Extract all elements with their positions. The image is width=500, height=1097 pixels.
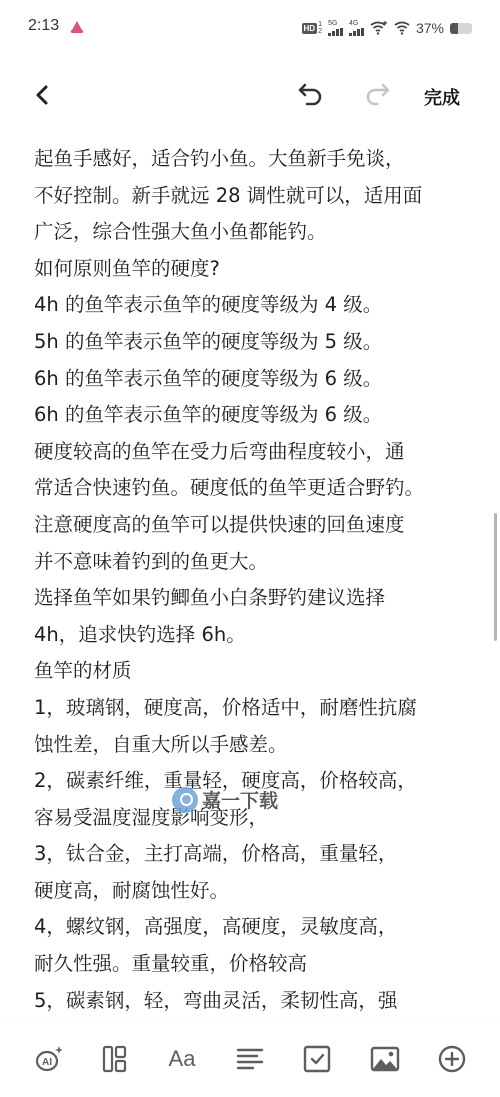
text-format-button[interactable]: Aa <box>165 1042 199 1076</box>
text-line: 如何原则鱼竿的硬度? <box>34 251 474 288</box>
add-button[interactable] <box>435 1042 469 1076</box>
status-time: 2:13 <box>28 17 59 35</box>
status-bar: 2:13 HD 12 5G 4G 37% <box>0 0 500 56</box>
redo-button[interactable] <box>362 80 392 110</box>
text-line: 硬度高，耐腐蚀性好。 <box>34 873 474 910</box>
wifi-calling-icon <box>370 21 388 35</box>
align-left-icon <box>235 1044 265 1074</box>
text-line: 常适合快速钓鱼。硬度低的鱼竿更适合野钓。 <box>34 470 474 507</box>
text-line: 4h，追求快钓选择 6h。 <box>34 617 474 654</box>
signal-5g-icon: 5G <box>328 20 343 36</box>
text-line: 6h 的鱼竿表示鱼竿的硬度等级为 6 级。 <box>34 361 474 398</box>
battery-percent: 37% <box>416 20 444 36</box>
ai-sparkle-icon: AI <box>34 1044 64 1074</box>
align-button[interactable] <box>233 1042 267 1076</box>
note-editor-body[interactable]: 起鱼手感好，适合钓小鱼。大鱼新手免谈， 不好控制。新手就远 28 调性就可以，适… <box>34 141 474 1022</box>
text-line: 4h 的鱼竿表示鱼竿的硬度等级为 4 级。 <box>34 287 474 324</box>
text-line: 1，玻璃钢，硬度高，价格适中，耐磨性抗腐 <box>34 690 474 727</box>
image-icon <box>370 1044 400 1074</box>
undo-button[interactable] <box>296 80 326 110</box>
text-line: 起鱼手感好，适合钓小鱼。大鱼新手免谈， <box>34 141 474 178</box>
checkbox-icon <box>302 1044 332 1074</box>
text-line: 3，钛合金，主打高端，价格高，重量轻， <box>34 836 474 873</box>
text-line: 5，碳素钢，轻，弯曲灵活，柔韧性高，强 <box>34 983 474 1020</box>
insert-image-button[interactable] <box>368 1042 402 1076</box>
back-button[interactable] <box>30 82 56 108</box>
text-format-icon: Aa <box>169 1046 196 1072</box>
text-line: 容易受温度湿度影响变形， <box>34 800 474 837</box>
plus-circle-icon <box>437 1044 467 1074</box>
text-line: 广泛，综合性强大鱼小鱼都能钓。 <box>34 214 474 251</box>
text-line: 5h 的鱼竿表示鱼竿的硬度等级为 5 级。 <box>34 324 474 361</box>
app-notification-icon <box>70 21 84 33</box>
text-line: 耐久性强。重量较重，价格较高 <box>34 946 474 983</box>
done-button[interactable]: 完成 <box>424 84 460 110</box>
text-line: 蚀性差，自重大所以手感差。 <box>34 727 474 764</box>
bottom-toolbar: AI Aa <box>0 1022 500 1097</box>
text-line: 6h 的鱼竿表示鱼竿的硬度等级为 6 级。 <box>34 397 474 434</box>
wifi-icon <box>394 21 410 35</box>
ai-assistant-button[interactable]: AI <box>32 1042 66 1076</box>
svg-text:AI: AI <box>42 1057 52 1068</box>
signal-4g-icon: 4G <box>349 20 364 36</box>
text-line: 不好控制。新手就远 28 调性就可以，适用面 <box>34 178 474 215</box>
battery-icon <box>450 23 472 34</box>
scrollbar-thumb[interactable] <box>494 513 497 641</box>
text-line: 注意硬度高的鱼竿可以提供快速的回鱼速度 <box>34 507 474 544</box>
hd-voice-icon: HD 12 <box>302 21 322 35</box>
status-indicators: HD 12 5G 4G 37% <box>302 17 473 39</box>
text-line: 硬度较高的鱼竿在受力后弯曲程度较小，通 <box>34 434 474 471</box>
checklist-button[interactable] <box>300 1042 334 1076</box>
layout-button[interactable] <box>98 1042 132 1076</box>
editor-top-bar: 完成 <box>0 70 500 120</box>
text-line: 选择鱼竿如果钓鲫鱼小白条野钓建议选择 <box>34 580 474 617</box>
text-line: 2，碳素纤维，重量轻，硬度高，价格较高， <box>34 763 474 800</box>
text-line: 鱼竿的材质 <box>34 653 474 690</box>
text-line: 4，螺纹钢，高强度，高硬度，灵敏度高， <box>34 909 474 946</box>
text-line: 并不意味着钓到的鱼更大。 <box>34 544 474 581</box>
layout-grid-icon <box>100 1044 130 1074</box>
